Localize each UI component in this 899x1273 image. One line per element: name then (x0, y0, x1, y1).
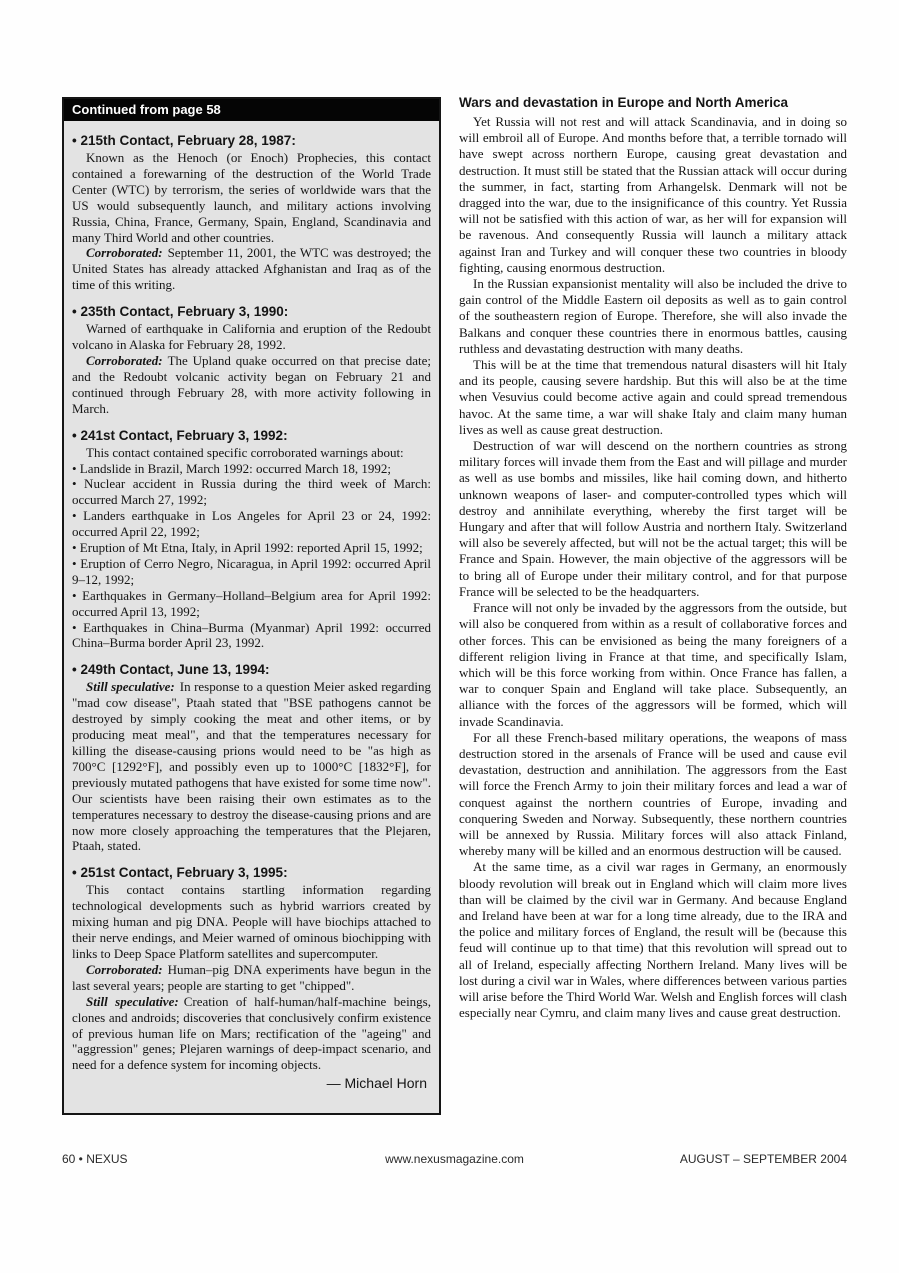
contact-section-241: • 241st Contact, February 3, 1992: This … (72, 427, 431, 652)
contact-section-251: • 251st Contact, February 3, 1995: This … (72, 864, 431, 1073)
footer-page-number: 60 • NEXUS (62, 1152, 324, 1166)
corroborated-label: Corroborated: (86, 353, 163, 368)
article-heading: Wars and devastation in Europe and North… (459, 95, 847, 111)
continued-article-box: Continued from page 58 • 215th Contact, … (62, 97, 441, 1115)
magazine-page: Continued from page 58 • 215th Contact, … (0, 0, 899, 1273)
wars-article-column: Wars and devastation in Europe and North… (459, 95, 847, 1021)
paragraph: Corroborated:September 11, 2001, the WTC… (72, 245, 431, 293)
contact-heading-241: • 241st Contact, February 3, 1992: (72, 427, 431, 444)
contact-heading-235: • 235th Contact, February 3, 1990: (72, 303, 431, 320)
paragraph: Yet Russia will not rest and will attack… (459, 114, 847, 276)
contact-heading-251: • 251st Contact, February 3, 1995: (72, 864, 431, 881)
paragraph: Known as the Henoch (or Enoch) Prophecie… (72, 150, 431, 245)
paragraph: This contact contains startling informat… (72, 882, 431, 962)
still-speculative-label: Still speculative: (86, 679, 175, 694)
corroborated-label: Corroborated: (86, 962, 163, 977)
contact-section-249: • 249th Contact, June 13, 1994: Still sp… (72, 661, 431, 854)
paragraph: Destruction of war will descend on the n… (459, 438, 847, 600)
footer-issue-date: AUGUST – SEPTEMBER 2004 (585, 1152, 847, 1166)
paragraph: In the Russian expansionist mentality wi… (459, 276, 847, 357)
continued-from-banner: Continued from page 58 (64, 99, 439, 121)
contact-section-215: • 215th Contact, February 28, 1987: Know… (72, 132, 431, 293)
paragraph: Still speculative:Creation of half-human… (72, 994, 431, 1074)
footer-website: www.nexusmagazine.com (324, 1152, 586, 1166)
page-footer: 60 • NEXUS www.nexusmagazine.com AUGUST … (62, 1152, 847, 1166)
warning-bullet: • Eruption of Mt Etna, Italy, in April 1… (72, 540, 431, 556)
paragraph: For all these French-based military oper… (459, 730, 847, 860)
paragraph: This will be at the time that tremendous… (459, 357, 847, 438)
paragraph: Corroborated:The Upland quake occurred o… (72, 353, 431, 417)
paragraph: France will not only be invaded by the a… (459, 600, 847, 730)
still-speculative-label: Still speculative: (86, 994, 179, 1009)
paragraph: At the same time, as a civil war rages i… (459, 859, 847, 1021)
corroborated-label: Corroborated: (86, 245, 163, 260)
contact-heading-215: • 215th Contact, February 28, 1987: (72, 132, 431, 149)
warning-bullet: • Eruption of Cerro Negro, Nicaragua, in… (72, 556, 431, 588)
warning-bullet: • Landers earthquake in Los Angeles for … (72, 508, 431, 540)
warning-bullet: • Earthquakes in Germany–Holland–Belgium… (72, 588, 431, 620)
warning-bullet: • Earthquakes in China–Burma (Myanmar) A… (72, 620, 431, 652)
author-signature: — Michael Horn (72, 1076, 427, 1092)
paragraph: Corroborated:Human–pig DNA experiments h… (72, 962, 431, 994)
paragraph: Still speculative:In response to a quest… (72, 679, 431, 854)
contact-section-235: • 235th Contact, February 3, 1990: Warne… (72, 303, 431, 416)
warning-bullet: • Landslide in Brazil, March 1992: occur… (72, 461, 431, 477)
contact-heading-249: • 249th Contact, June 13, 1994: (72, 661, 431, 678)
warning-bullet: • Nuclear accident in Russia during the … (72, 476, 431, 508)
continued-article-content: • 215th Contact, February 28, 1987: Know… (64, 121, 439, 1100)
paragraph: This contact contained specific corrobor… (72, 445, 431, 461)
paragraph: Warned of earthquake in California and e… (72, 321, 431, 353)
